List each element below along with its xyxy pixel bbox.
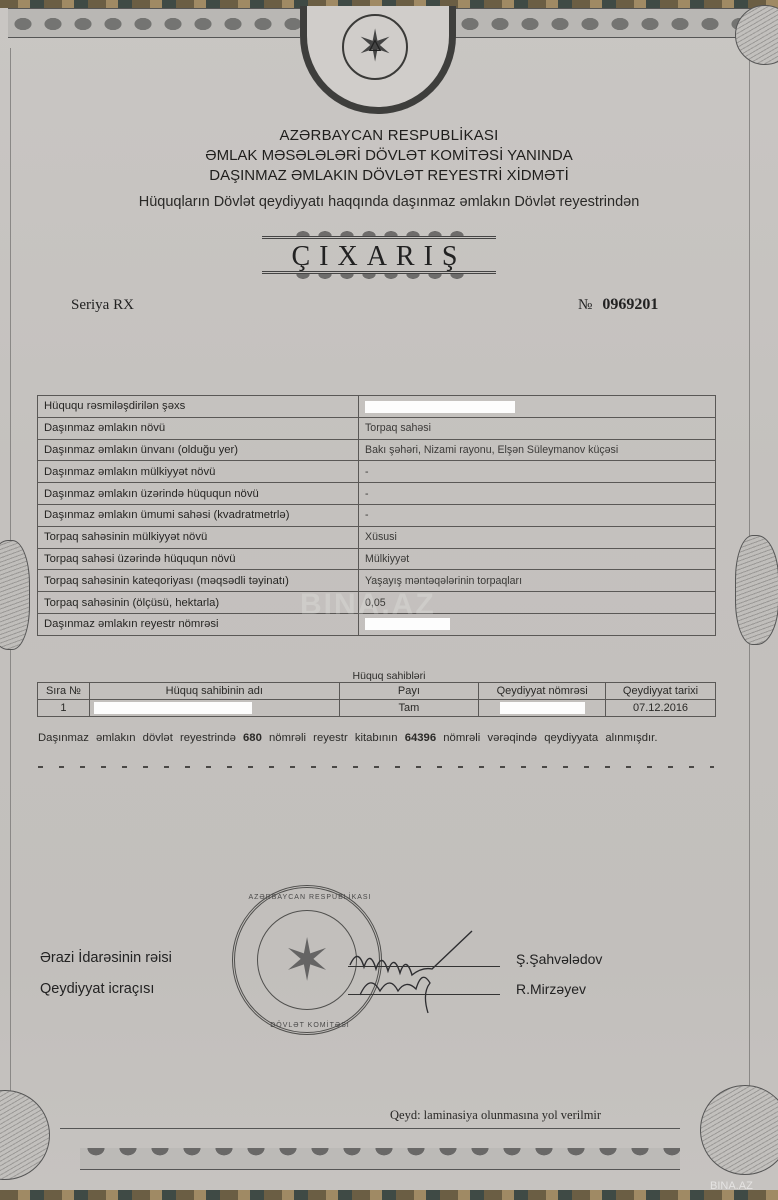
owner-share: Tam: [339, 700, 479, 717]
owner-name: [89, 700, 339, 717]
property-row: Daşınmaz əmlakın üzərində hüququn növü-: [38, 483, 716, 505]
col-header-reg-date: Qeydiyyat tarixi: [606, 683, 716, 700]
title-block: ÇIXARIŞ: [262, 222, 496, 284]
redacted-reg-no: [500, 702, 585, 714]
signature-line-1: [348, 966, 500, 967]
flame-icon: 🜂: [368, 39, 382, 55]
stamp-bottom-text: DÖVLƏT KOMİTƏSİ: [235, 1022, 385, 1029]
property-value: -: [359, 461, 716, 483]
signatory-role-registrar: Qeydiyyat icraçısı: [40, 981, 154, 997]
guilloche-border-top-left: [8, 8, 300, 38]
title-ornament-top: [292, 224, 466, 236]
dotted-separator: [38, 766, 714, 768]
series-label: Seriya RX: [71, 297, 134, 314]
property-row: Hüququ rəsmiləşdirilən şəxs: [38, 396, 716, 418]
registry-note: Daşınmaz əmlakın dövlət reyestrində 680 …: [38, 731, 714, 746]
stamp-top-text: AZƏRBAYCAN RESPUBLİKASI: [235, 894, 385, 901]
registry-page-number: 64396: [405, 732, 436, 744]
background-surface-bottom: [0, 1190, 778, 1200]
property-label: Daşınmaz əmlakın növü: [38, 417, 359, 439]
signatory-role-head: Ərazi İdarəsinin rəisi: [40, 950, 172, 966]
owners-header-row: Sıra № Hüquq sahibinin adı Payı Qeydiyya…: [38, 683, 716, 700]
property-value: -: [359, 483, 716, 505]
property-label: Torpaq sahəsi üzərində hüququn növü: [38, 548, 359, 570]
owner-reg-no: [479, 700, 606, 717]
number-value: 0969201: [602, 296, 658, 313]
owners-table: Sıra № Hüquq sahibinin adı Payı Qeydiyya…: [37, 682, 716, 717]
title-rule-top: [262, 236, 496, 239]
property-row: Daşınmaz əmlakın mülkiyyət növü-: [38, 461, 716, 483]
signatory-name-head: Ş.Şahvələdov: [516, 951, 602, 967]
rosette-ornament-right: [735, 535, 778, 645]
header-committee: ƏMLAK MƏSƏLƏLƏRİ DÖVLƏT KOMİTƏSİ YANINDA: [0, 147, 778, 164]
property-row: Torpaq sahəsinin mülkiyyət növüXüsusi: [38, 526, 716, 548]
rosette-ornament-left: [0, 540, 30, 650]
header-subtitle: Hüquqların Dövlət qeydiyyatı haqqında da…: [0, 194, 778, 210]
property-label: Torpaq sahəsinin mülkiyyət növü: [38, 526, 359, 548]
handwritten-signature: [340, 925, 490, 1015]
property-row: Daşınmaz əmlakın növüTorpaq sahəsi: [38, 417, 716, 439]
owners-title: Hüquq sahibləri: [0, 670, 778, 682]
property-value: -: [359, 504, 716, 526]
owner-reg-date: 07.12.2016: [606, 700, 716, 717]
property-label: Hüququ rəsmiləşdirilən şəxs: [38, 396, 359, 418]
property-label: Daşınmaz əmlakın üzərində hüququn növü: [38, 483, 359, 505]
signatory-name-registrar: R.Mirzəyev: [516, 981, 586, 997]
guilloche-border-top-right: [455, 8, 755, 38]
state-emblem-icon: ✶🜂: [342, 14, 408, 80]
document-title: ÇIXARIŞ: [262, 241, 496, 273]
col-header-share: Payı: [339, 683, 479, 700]
property-value: Xüsusi: [359, 526, 716, 548]
owner-row: 1 Tam 07.12.2016: [38, 700, 716, 717]
redacted-owner-name: [94, 702, 252, 714]
signature-line-2: [348, 994, 500, 995]
property-label: Daşınmaz əmlakın ümumi sahəsi (kvadratme…: [38, 504, 359, 526]
watermark-corner: BINA.AZ: [710, 1180, 753, 1192]
redacted-value: [365, 401, 515, 413]
property-value: Bakı şəhəri, Nizami rayonu, Elşən Süleym…: [359, 439, 716, 461]
property-row: Daşınmaz əmlakın ünvanı (olduğu yer)Bakı…: [38, 439, 716, 461]
col-header-name: Hüquq sahibinin adı: [89, 683, 339, 700]
title-ornament-bottom: [292, 274, 466, 286]
note-part1: Daşınmaz əmlakın dövlət reyestrində: [38, 732, 236, 744]
watermark: BINA.AZ: [300, 588, 436, 622]
footer-rule: [60, 1128, 680, 1129]
property-value: Torpaq sahəsi: [359, 417, 716, 439]
property-value: Mülkiyyət: [359, 548, 716, 570]
note-part2: nömrəli reyestr kitabının: [269, 732, 398, 744]
col-header-no: Sıra №: [38, 683, 90, 700]
footer-note: Qeyd: laminasiya olunmasına yol verilmir: [390, 1108, 601, 1123]
property-label: Daşınmaz əmlakın ünvanı (olduğu yer): [38, 439, 359, 461]
note-part3: nömrəli vərəqində qeydiyyata alınmışdır.: [443, 732, 657, 744]
header-service: DAŞINMAZ ƏMLAKIN DÖVLƏT REYESTRİ XİDMƏTİ: [0, 167, 778, 184]
property-label: Daşınmaz əmlakın mülkiyyət növü: [38, 461, 359, 483]
header-country: AZƏRBAYCAN RESPUBLİKASI: [0, 127, 778, 144]
document-number: №0969201: [578, 296, 658, 314]
col-header-reg-no: Qeydiyyat nömrəsi: [479, 683, 606, 700]
guilloche-border-bottom: [80, 1148, 680, 1170]
number-symbol: №: [578, 297, 592, 313]
property-row: Torpaq sahəsi üzərində hüququn növüMülki…: [38, 548, 716, 570]
property-row: Daşınmaz əmlakın ümumi sahəsi (kvadratme…: [38, 504, 716, 526]
registry-book-number: 680: [243, 732, 262, 744]
property-value: [359, 396, 716, 418]
owner-no: 1: [38, 700, 90, 717]
